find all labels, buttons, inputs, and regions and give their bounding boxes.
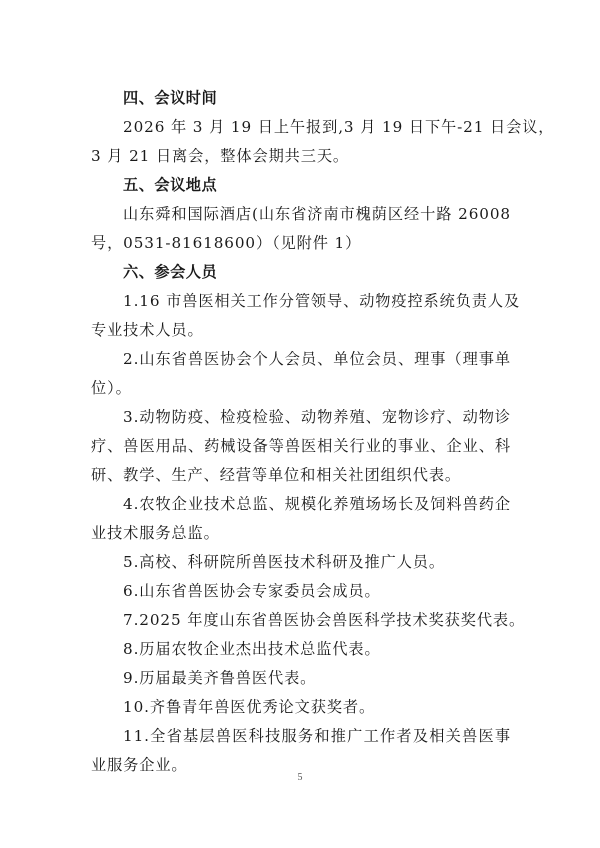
list-item: 8.历届农牧企业杰出技术总监代表。 bbox=[91, 635, 511, 664]
list-item: 9.历届最美齐鲁兽医代表。 bbox=[91, 664, 511, 693]
list-item: 1.16 市兽医相关工作分管领导、动物疫控系统负责人及 专业技术人员。 bbox=[91, 287, 511, 345]
list-item: 5.高校、科研院所兽医技术科研及推广人员。 bbox=[91, 548, 511, 577]
list-item: 2.山东省兽医协会个人会员、单位会员、理事（理事单 位）。 bbox=[91, 345, 511, 403]
section-heading-meeting-location: 五、会议地点 bbox=[91, 171, 511, 200]
document-page: 四、会议时间 2026 年 3 月 19 日上午报到,3 月 19 日下午-21… bbox=[91, 84, 511, 780]
list-item: 3.动物防疫、检疫检验、动物养殖、宠物诊疗、动物诊 疗、兽医用品、药械设备等兽医… bbox=[91, 403, 511, 490]
list-item-line: 4.农牧企业技术总监、规模化养殖场场长及饲料兽药企 bbox=[91, 490, 511, 519]
list-item-line: 专业技术人员。 bbox=[91, 316, 511, 345]
list-item-line: 8.历届农牧企业杰出技术总监代表。 bbox=[91, 635, 511, 664]
list-item-line: 研、教学、生产、经营等单位和相关社团组织代表。 bbox=[91, 461, 511, 490]
page-number: 5 bbox=[0, 772, 600, 783]
list-item-line: 业技术服务总监。 bbox=[91, 519, 511, 548]
paragraph-line: 山东舜和国际酒店(山东省济南市槐荫区经十路 26008 bbox=[91, 200, 511, 229]
paragraph-line: 2026 年 3 月 19 日上午报到,3 月 19 日下午-21 日会议， bbox=[91, 113, 511, 142]
list-item-line: 7.2025 年度山东省兽医协会兽医科学技术奖获奖代表。 bbox=[91, 606, 511, 635]
list-item-line: 6.山东省兽医协会专家委员会成员。 bbox=[91, 577, 511, 606]
list-item: 6.山东省兽医协会专家委员会成员。 bbox=[91, 577, 511, 606]
list-item-line: 10.齐鲁青年兽医优秀论文获奖者。 bbox=[91, 693, 511, 722]
list-item: 4.农牧企业技术总监、规模化养殖场场长及饲料兽药企 业技术服务总监。 bbox=[91, 490, 511, 548]
paragraph-line: 号，0531-81618600）（见附件 1） bbox=[91, 229, 511, 258]
section-heading-participants: 六、参会人员 bbox=[91, 258, 511, 287]
section-heading-meeting-time: 四、会议时间 bbox=[91, 84, 511, 113]
list-item-line: 11.全省基层兽医科技服务和推广工作者及相关兽医事 bbox=[91, 722, 511, 751]
list-item-line: 5.高校、科研院所兽医技术科研及推广人员。 bbox=[91, 548, 511, 577]
list-item-line: 1.16 市兽医相关工作分管领导、动物疫控系统负责人及 bbox=[91, 287, 511, 316]
list-item-line: 2.山东省兽医协会个人会员、单位会员、理事（理事单 bbox=[91, 345, 511, 374]
list-item-line: 位）。 bbox=[91, 374, 511, 403]
list-item-line: 疗、兽医用品、药械设备等兽医相关行业的事业、企业、科 bbox=[91, 432, 511, 461]
list-item-line: 3.动物防疫、检疫检验、动物养殖、宠物诊疗、动物诊 bbox=[91, 403, 511, 432]
paragraph-line: 3 月 21 日离会，整体会期共三天。 bbox=[91, 142, 511, 171]
list-item: 7.2025 年度山东省兽医协会兽医科学技术奖获奖代表。 bbox=[91, 606, 511, 635]
list-item-line: 9.历届最美齐鲁兽医代表。 bbox=[91, 664, 511, 693]
list-item: 10.齐鲁青年兽医优秀论文获奖者。 bbox=[91, 693, 511, 722]
